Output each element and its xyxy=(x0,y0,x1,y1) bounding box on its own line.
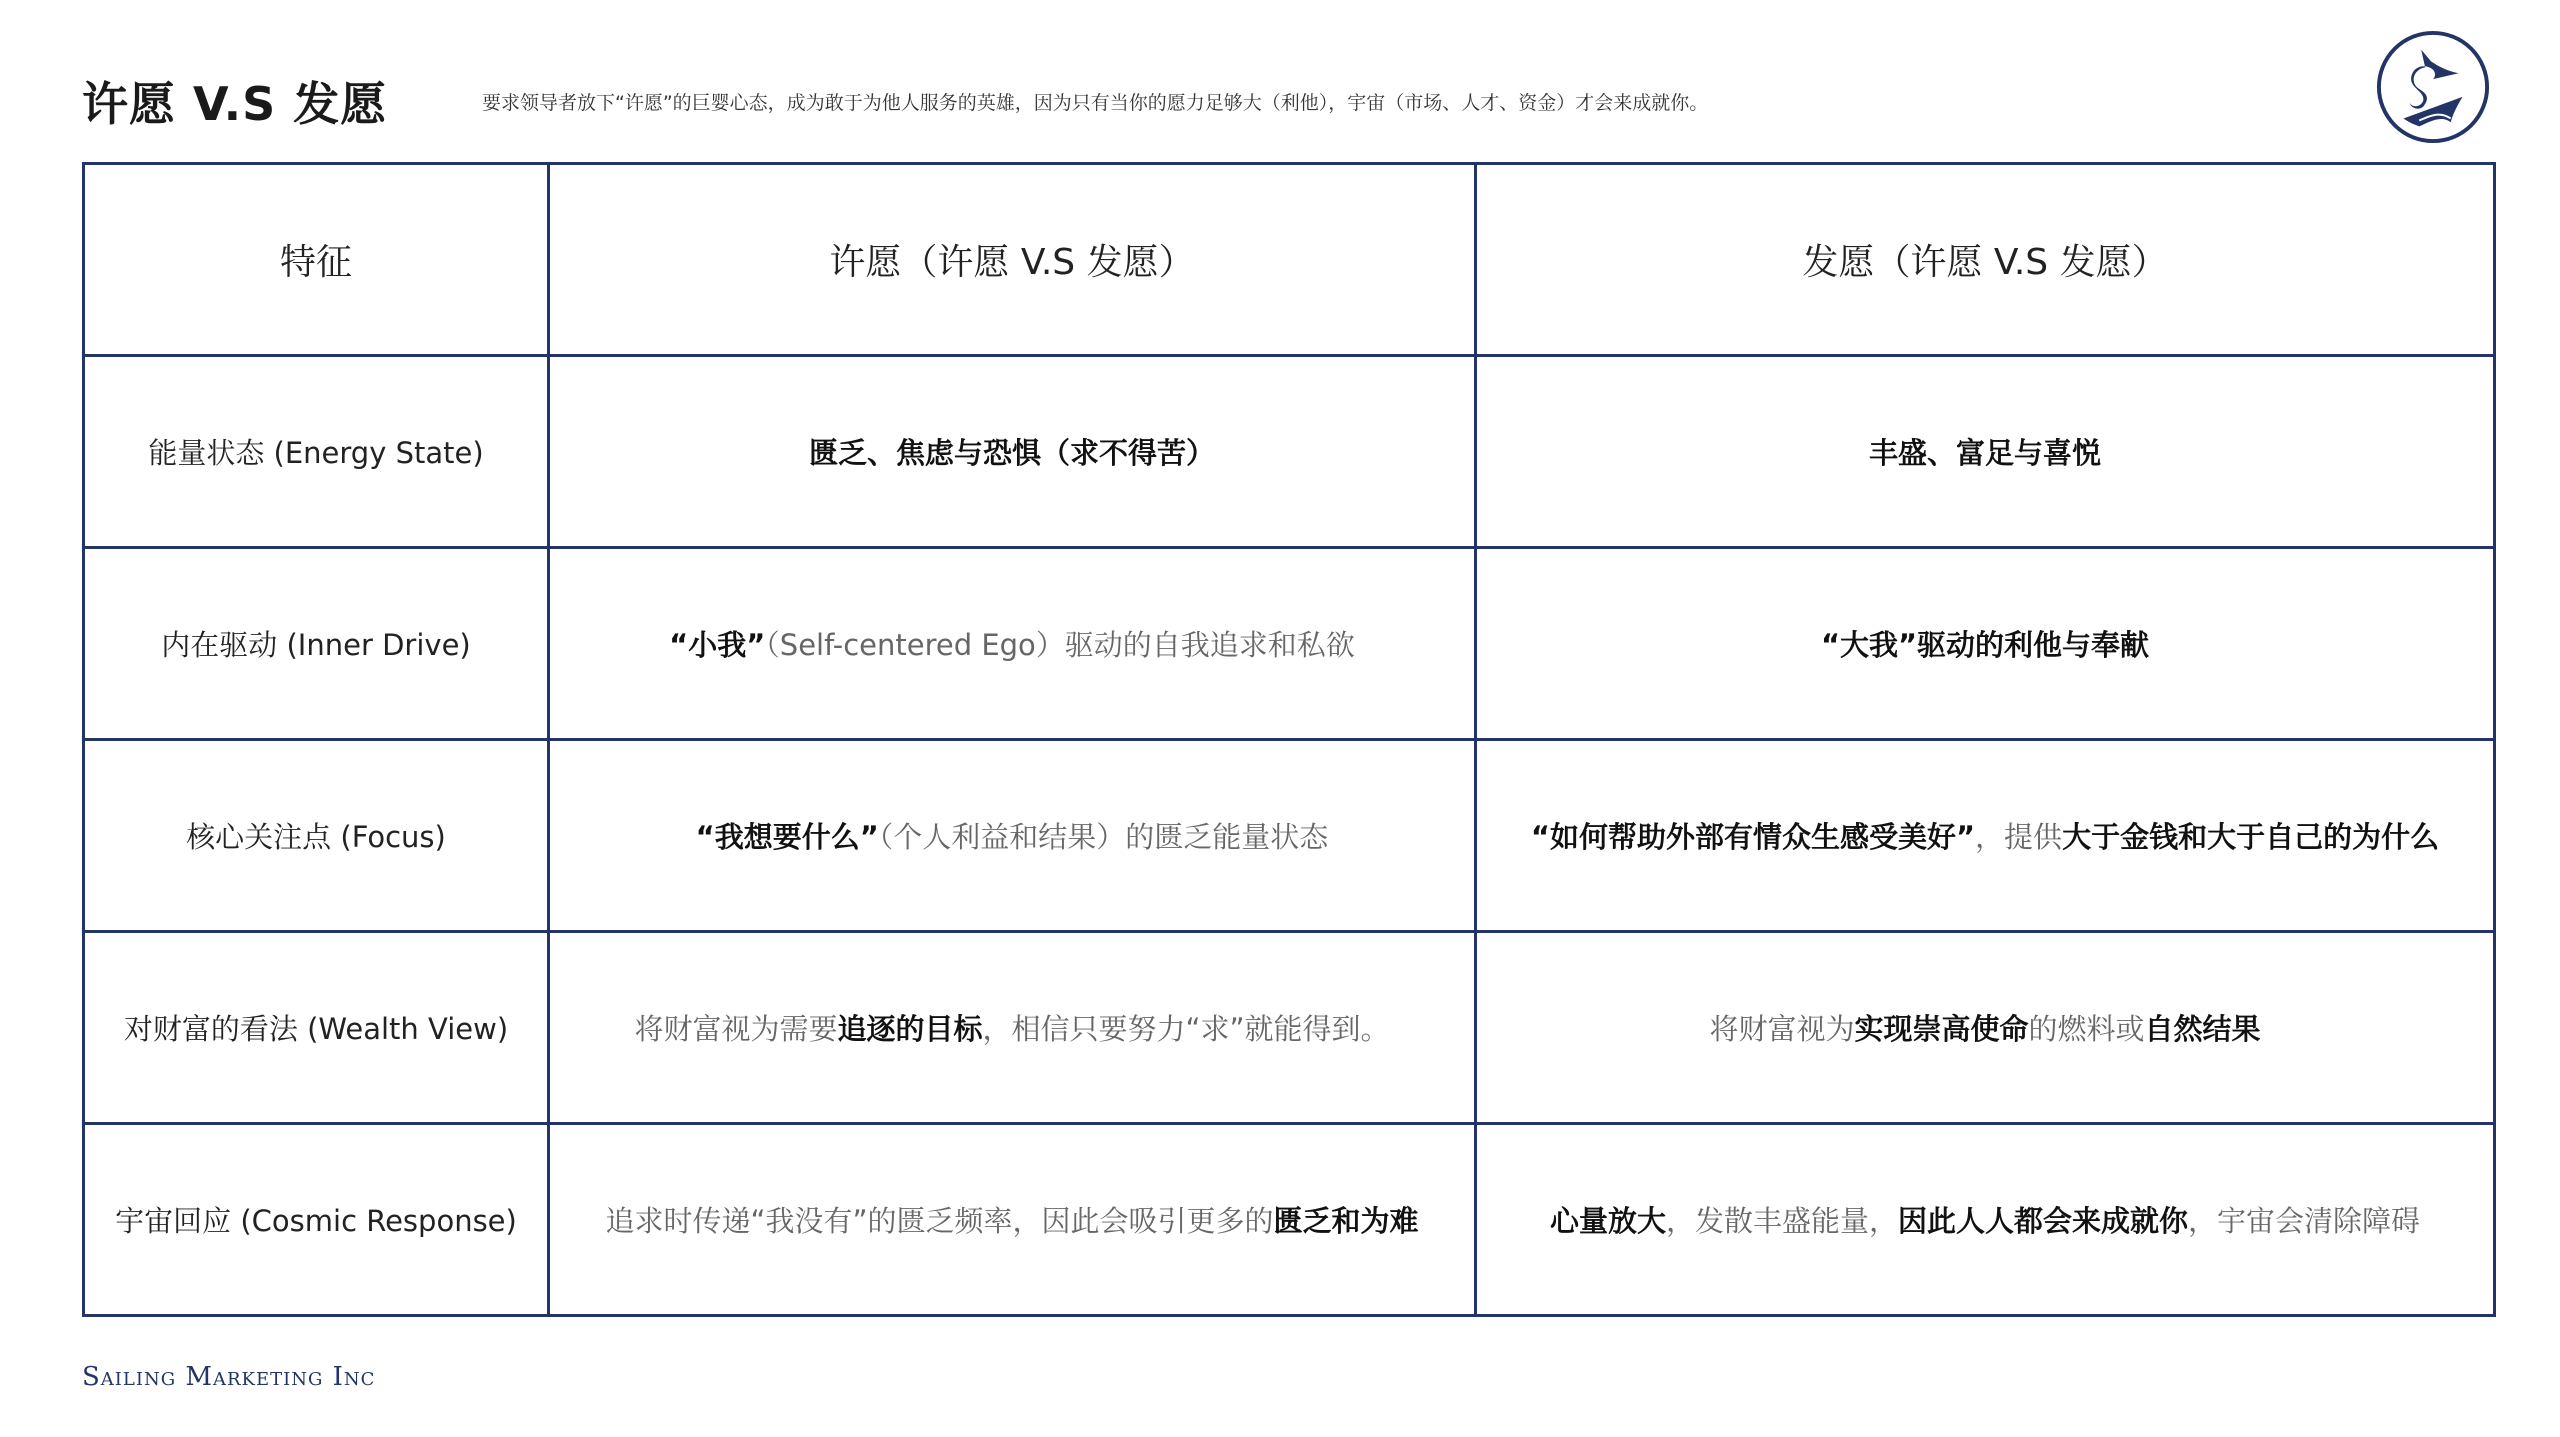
vow-cell: 将财富视为实现崇高使命的燃料或自然结果 xyxy=(1476,932,2495,1124)
cell-text-segment: 追求时传递“我没有”的匮乏频率，因此会吸引更多的 xyxy=(605,1204,1273,1238)
cell-text-segment: （个人利益和结果）的匮乏能量状态 xyxy=(879,820,1329,854)
comparison-table: 特征 许愿（许愿 V.S 发愿） 发愿（许愿 V.S 发愿） 能量状态 (Ene… xyxy=(82,162,2496,1317)
cell-text-segment: “大我”驱动的利他与奉献 xyxy=(1821,628,2149,662)
cell-text-segment: ，发散丰盛能量， xyxy=(1666,1204,1898,1238)
wish-cell: 匮乏、焦虑与恐惧（求不得苦） xyxy=(549,356,1476,548)
cell-text-segment: 将财富视为需要 xyxy=(634,1012,837,1046)
column-header-wish: 许愿（许愿 V.S 发愿） xyxy=(549,164,1476,356)
cell-text-segment: 匮乏和为难 xyxy=(1274,1204,1419,1238)
table-row: 内在驱动 (Inner Drive)“小我”（Self-centered Ego… xyxy=(84,548,2495,740)
column-header-vow: 发愿（许愿 V.S 发愿） xyxy=(1476,164,2495,356)
cell-text-segment: （Self-centered Ego）驱动的自我追求和私欲 xyxy=(765,628,1355,662)
vow-cell: 心量放大，发散丰盛能量，因此人人都会来成就你，宇宙会清除障碍 xyxy=(1476,1124,2495,1316)
feature-cell: 内在驱动 (Inner Drive) xyxy=(84,548,549,740)
column-header-feature: 特征 xyxy=(84,164,549,356)
wish-cell: “小我”（Self-centered Ego）驱动的自我追求和私欲 xyxy=(549,548,1476,740)
cell-text-segment: 因此人人都会来成就你 xyxy=(1898,1204,2188,1238)
wish-cell: 将财富视为需要追逐的目标，相信只要努力“求”就能得到。 xyxy=(549,932,1476,1124)
cell-text-segment: 追逐的目标 xyxy=(837,1012,982,1046)
cell-text-segment: “小我” xyxy=(669,628,765,662)
footer-brand: Sailing Marketing Inc xyxy=(82,1362,375,1392)
cell-text-segment: 的燃料或 xyxy=(2029,1012,2145,1046)
wish-cell: 追求时传递“我没有”的匮乏频率，因此会吸引更多的匮乏和为难 xyxy=(549,1124,1476,1316)
table-header-row: 特征 许愿（许愿 V.S 发愿） 发愿（许愿 V.S 发愿） xyxy=(84,164,2495,356)
feature-cell: 能量状态 (Energy State) xyxy=(84,356,549,548)
cell-text-segment: 将财富视为 xyxy=(1709,1012,1854,1046)
cell-text-segment: 自然结果 xyxy=(2145,1012,2261,1046)
cell-text-segment: ，提供 xyxy=(1975,820,2062,854)
feature-cell: 宇宙回应 (Cosmic Response) xyxy=(84,1124,549,1316)
wish-cell: “我想要什么”（个人利益和结果）的匮乏能量状态 xyxy=(549,740,1476,932)
cell-text-segment: 匮乏、焦虑与恐惧（求不得苦） xyxy=(809,436,1215,470)
feature-cell: 对财富的看法 (Wealth View) xyxy=(84,932,549,1124)
cell-text-segment: 大于金钱和大于自己的为什么 xyxy=(2062,820,2439,854)
feature-cell: 核心关注点 (Focus) xyxy=(84,740,549,932)
cell-text-segment: “如何帮助外部有情众生感受美好” xyxy=(1531,820,1975,854)
vow-cell: “如何帮助外部有情众生感受美好”，提供大于金钱和大于自己的为什么 xyxy=(1476,740,2495,932)
cell-text-segment: 丰盛、富足与喜悦 xyxy=(1869,436,2101,470)
table-row: 能量状态 (Energy State)匮乏、焦虑与恐惧（求不得苦）丰盛、富足与喜… xyxy=(84,356,2495,548)
cell-text-segment: ，宇宙会清除障碍 xyxy=(2188,1204,2420,1238)
sailing-logo-icon xyxy=(2374,28,2492,146)
page-subtitle: 要求领导者放下“许愿”的巨婴心态，成为敢于为他人服务的英雄，因为只有当你的愿力足… xyxy=(482,88,1708,115)
vow-cell: 丰盛、富足与喜悦 xyxy=(1476,356,2495,548)
cell-text-segment: 实现崇高使命 xyxy=(1854,1012,2028,1046)
table-row: 对财富的看法 (Wealth View)将财富视为需要追逐的目标，相信只要努力“… xyxy=(84,932,2495,1124)
cell-text-segment: “我想要什么” xyxy=(696,820,879,854)
table-row: 核心关注点 (Focus)“我想要什么”（个人利益和结果）的匮乏能量状态“如何帮… xyxy=(84,740,2495,932)
vow-cell: “大我”驱动的利他与奉献 xyxy=(1476,548,2495,740)
cell-text-segment: ，相信只要努力“求”就能得到。 xyxy=(982,1012,1389,1046)
page-title: 许愿 V.S 发愿 xyxy=(82,68,387,134)
cell-text-segment: 心量放大 xyxy=(1550,1204,1666,1238)
table-row: 宇宙回应 (Cosmic Response)追求时传递“我没有”的匮乏频率，因此… xyxy=(84,1124,2495,1316)
